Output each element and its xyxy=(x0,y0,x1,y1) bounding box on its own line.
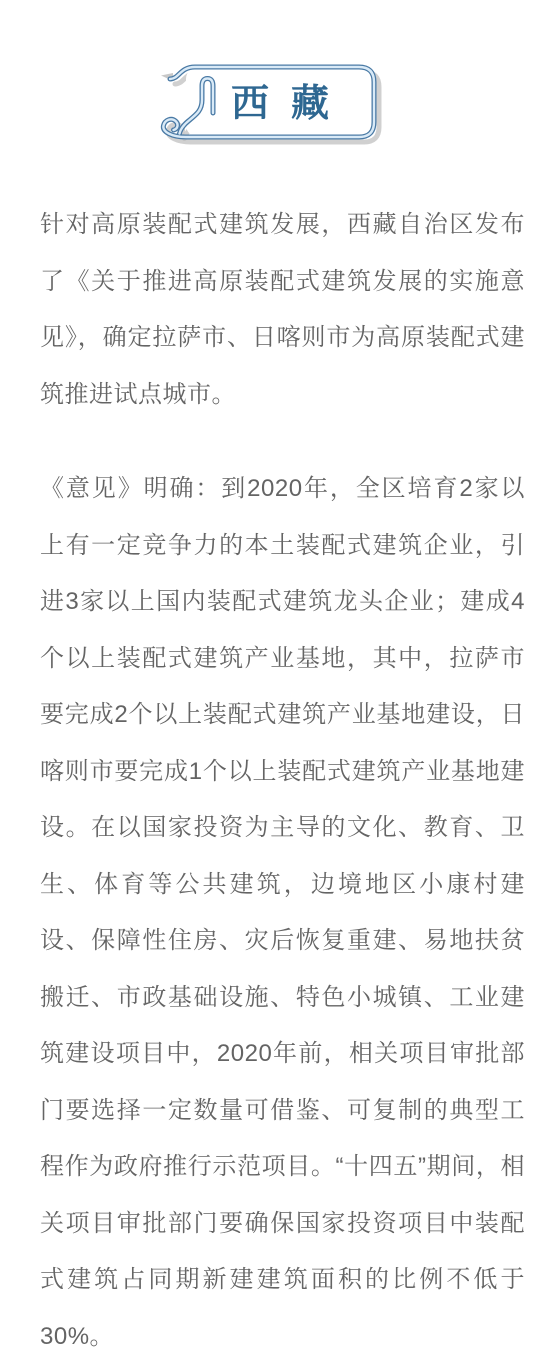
article-paragraph: 《意见》明确：到2020年，全区培育2家以上有一定竞争力的本土装配式建筑企业，引… xyxy=(40,461,525,1363)
article-body: 针对高原装配式建筑发展，西藏自治区发布了《关于推进高原装配式建筑发展的实施意见》… xyxy=(40,197,525,1363)
region-badge: 西藏 xyxy=(150,55,390,155)
article-page: 西藏 针对高原装配式建筑发展，西藏自治区发布了《关于推进高原装配式建筑发展的实施… xyxy=(0,55,550,1363)
article-paragraph: 针对高原装配式建筑发展，西藏自治区发布了《关于推进高原装配式建筑发展的实施意见》… xyxy=(40,197,525,423)
region-title: 西藏 xyxy=(186,82,374,126)
